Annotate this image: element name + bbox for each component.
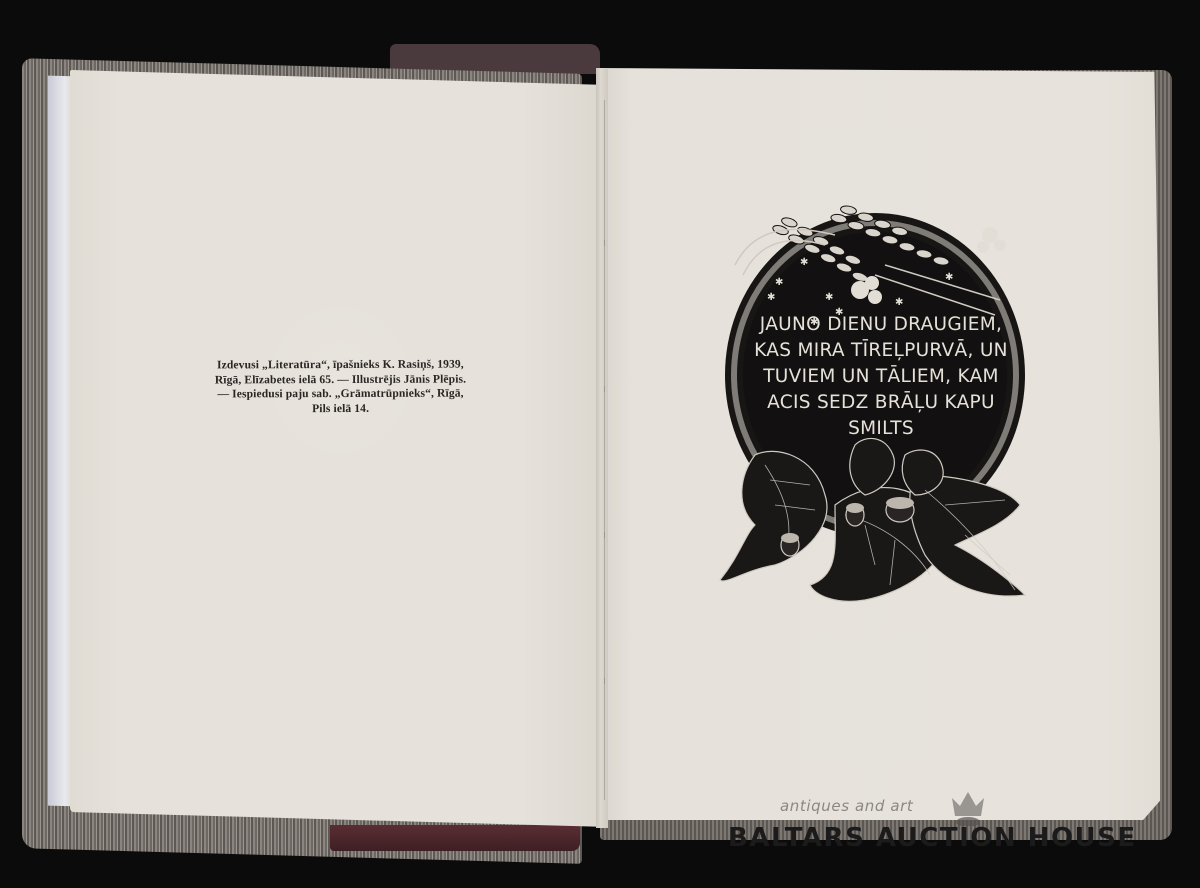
binding-stitch (604, 100, 605, 800)
colophon-line: Rīgā, Elīzabetes ielā 65. — Illustrējis … (168, 372, 513, 388)
dedication-line: TUVIEM UN TĀLIEM, KAM (742, 364, 1020, 390)
dedication-line: SMILTS (742, 416, 1020, 442)
spine-bottom (330, 825, 580, 851)
svg-text:✱: ✱ (945, 272, 953, 283)
dedication-text: JAUNO DIENU DRAUGIEM, KAS MIRA TĪREĻPURV… (742, 312, 1020, 442)
dedication-line: KAS MIRA TĪREĻPURVĀ, UN (742, 338, 1020, 364)
colophon-line: — Iespiedusi paju sab. „Grāmatrūpnieks“,… (168, 386, 513, 402)
watermark-name: BALTARS AUCTION HOUSE (728, 823, 1137, 853)
svg-text:✱: ✱ (775, 277, 783, 288)
dedication-line: JAUNO DIENU DRAUGIEM, (742, 312, 1020, 338)
colophon-line: Izdevusi „Literatūra“, īpašnieks K. Rasi… (168, 357, 513, 373)
crown-icon (949, 790, 987, 826)
colophon-text: Izdevusi „Literatūra“, īpašnieks K. Rasi… (168, 357, 513, 416)
svg-text:✱: ✱ (800, 257, 808, 268)
dedication-line: ACIS SEDZ BRĀĻU KAPU (742, 390, 1020, 416)
colophon-line: Pils ielā 14. (168, 401, 513, 417)
svg-text:✱: ✱ (895, 297, 903, 308)
svg-text:✱: ✱ (825, 292, 833, 303)
book-gutter (596, 68, 608, 828)
photo-scene: Izdevusi „Literatūra“, īpašnieks K. Rasi… (0, 0, 1200, 888)
watermark-tagline: antiques and art (780, 797, 913, 815)
svg-text:✱: ✱ (767, 292, 775, 303)
